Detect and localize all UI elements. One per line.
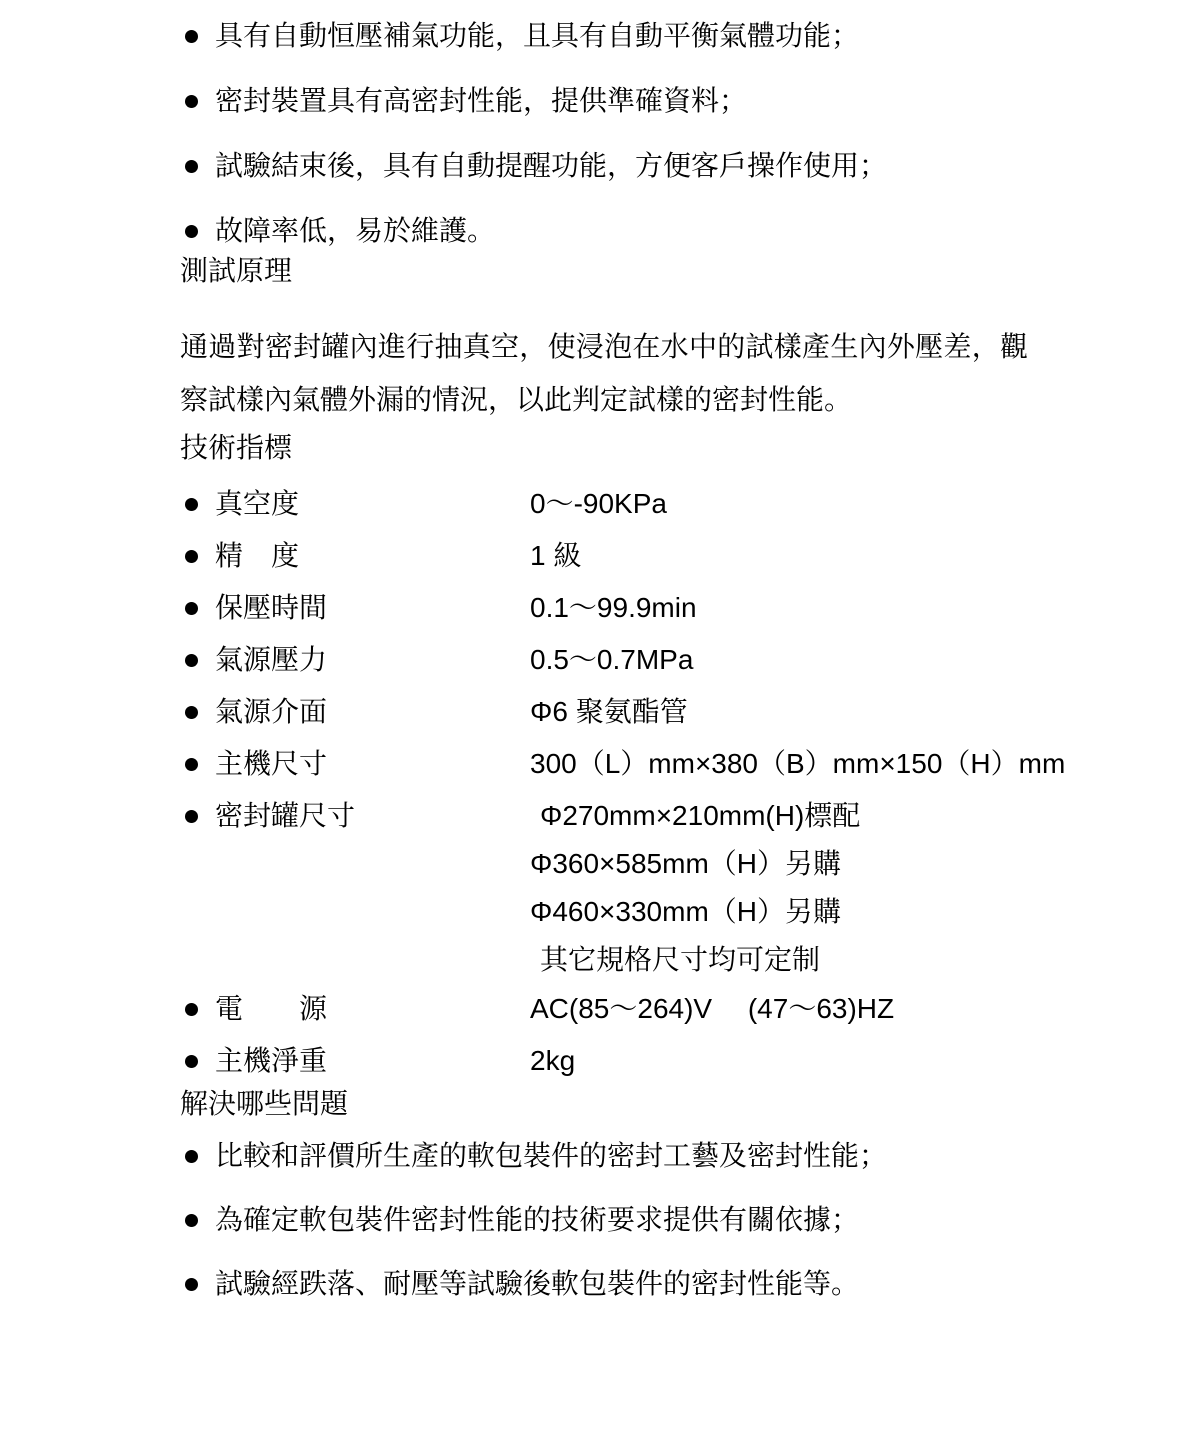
spec-label: 主機淨重 (215, 1045, 530, 1077)
spec-label: 保壓時間 (215, 592, 530, 624)
spec-row-accuracy: 精 度 1 級 (185, 540, 1110, 572)
bullet-icon (185, 654, 198, 667)
spec-label: 氣源介面 (215, 696, 530, 728)
bullet-icon (185, 1278, 198, 1291)
spec-list: 真空度 0～-90KPa 精 度 1 級 保壓時間 0.1～99.9min 氣源… (185, 488, 1110, 1077)
feature-text: 密封裝置具有高密封性能，提供準確資料； (215, 85, 747, 117)
bullet-icon (185, 602, 198, 615)
spec-value: 其它規格尺寸均可定制 (530, 944, 860, 976)
bullet-icon (185, 706, 198, 719)
list-item: 為確定軟包裝件密封性能的技術要求提供有關依據； (185, 1204, 1110, 1236)
list-item: 密封裝置具有高密封性能，提供準確資料； (185, 85, 1110, 117)
spec-value: 0.5～0.7MPa (530, 644, 693, 676)
bullet-icon (185, 810, 198, 823)
list-item: 故障率低，易於維護。 (185, 215, 1110, 247)
bullet-icon (185, 1150, 198, 1163)
list-item: 試驗結束後，具有自動提醒功能，方便客戶操作使用； (185, 150, 1110, 182)
spec-label: 電 源 (215, 993, 530, 1025)
list-item: 具有自動恒壓補氣功能，且具有自動平衡氣體功能； (185, 20, 1110, 52)
spec-row-vacuum: 真空度 0～-90KPa (185, 488, 1110, 520)
spec-value: AC(85～264)V (47～63)HZ (530, 993, 894, 1025)
spec-row-air-pressure: 氣源壓力 0.5～0.7MPa (185, 644, 1110, 676)
spec-row-air-interface: 氣源介面 Φ6 聚氨酯管 (185, 696, 1110, 728)
test-principle-paragraph: 通過對密封罐內進行抽真空，使浸泡在水中的試樣產生內外壓差，觀察試樣內氣體外漏的情… (180, 320, 1028, 426)
feature-text: 故障率低，易於維護。 (215, 215, 495, 247)
bullet-icon (185, 1214, 198, 1227)
spec-row-net-weight: 主機淨重 2kg (185, 1045, 1110, 1077)
feature-list: 具有自動恒壓補氣功能，且具有自動平衡氣體功能； 密封裝置具有高密封性能，提供準確… (185, 20, 1110, 247)
problem-text: 試驗經跌落、耐壓等試驗後軟包裝件的密封性能等。 (215, 1268, 859, 1300)
spec-label: 密封罐尺寸 (215, 800, 530, 832)
spec-row-tank-size: 密封罐尺寸 Φ270mm×210mm(H)標配 Φ360×585mm（H）另購 … (185, 800, 1110, 976)
problem-text: 為確定軟包裝件密封性能的技術要求提供有關依據； (215, 1204, 859, 1236)
bullet-icon (185, 498, 198, 511)
spec-value: 300（L）mm×380（B）mm×150（H）mm (530, 748, 1065, 780)
spec-row-hold-time: 保壓時間 0.1～99.9min (185, 592, 1110, 624)
spec-label: 真空度 (215, 488, 530, 520)
spec-value-lines: Φ270mm×210mm(H)標配 Φ360×585mm（H）另購 Φ460×3… (530, 800, 860, 976)
section-heading-specs: 技術指標 (180, 432, 1110, 464)
section-heading-test-principle: 測試原理 (180, 255, 1110, 287)
bullet-icon (185, 758, 198, 771)
bullet-icon (185, 1055, 198, 1068)
list-item: 試驗經跌落、耐壓等試驗後軟包裝件的密封性能等。 (185, 1268, 1110, 1300)
spec-value: 0～-90KPa (530, 488, 667, 520)
feature-text: 試驗結束後，具有自動提醒功能，方便客戶操作使用； (215, 150, 887, 182)
bullet-icon (185, 95, 198, 108)
spec-value: 0.1～99.9min (530, 592, 697, 624)
spec-value: Φ460×330mm（H）另購 (530, 896, 860, 928)
spec-label: 主機尺寸 (215, 748, 530, 780)
section-heading-problems: 解決哪些問題 (180, 1088, 1110, 1120)
document-page: 具有自動恒壓補氣功能，且具有自動平衡氣體功能； 密封裝置具有高密封性能，提供準確… (0, 0, 1200, 1434)
bullet-icon (185, 1003, 198, 1016)
list-item: 比較和評價所生產的軟包裝件的密封工藝及密封性能； (185, 1140, 1110, 1172)
bullet-icon (185, 550, 198, 563)
spec-value: Φ6 聚氨酯管 (530, 696, 688, 728)
spec-row-host-size: 主機尺寸 300（L）mm×380（B）mm×150（H）mm (185, 748, 1110, 780)
spec-value: 1 級 (530, 540, 581, 572)
problem-list: 比較和評價所生產的軟包裝件的密封工藝及密封性能； 為確定軟包裝件密封性能的技術要… (185, 1140, 1110, 1300)
spec-row-power: 電 源 AC(85～264)V (47～63)HZ (185, 993, 1110, 1025)
feature-text: 具有自動恒壓補氣功能，且具有自動平衡氣體功能； (215, 20, 859, 52)
spec-value: 2kg (530, 1045, 575, 1077)
spec-label: 氣源壓力 (215, 644, 530, 676)
bullet-icon (185, 30, 198, 43)
bullet-icon (185, 225, 198, 238)
spec-label: 精 度 (215, 540, 530, 572)
spec-value: Φ270mm×210mm(H)標配 (530, 800, 860, 832)
spec-value: Φ360×585mm（H）另購 (530, 848, 860, 880)
bullet-icon (185, 160, 198, 173)
problem-text: 比較和評價所生產的軟包裝件的密封工藝及密封性能； (215, 1140, 887, 1172)
